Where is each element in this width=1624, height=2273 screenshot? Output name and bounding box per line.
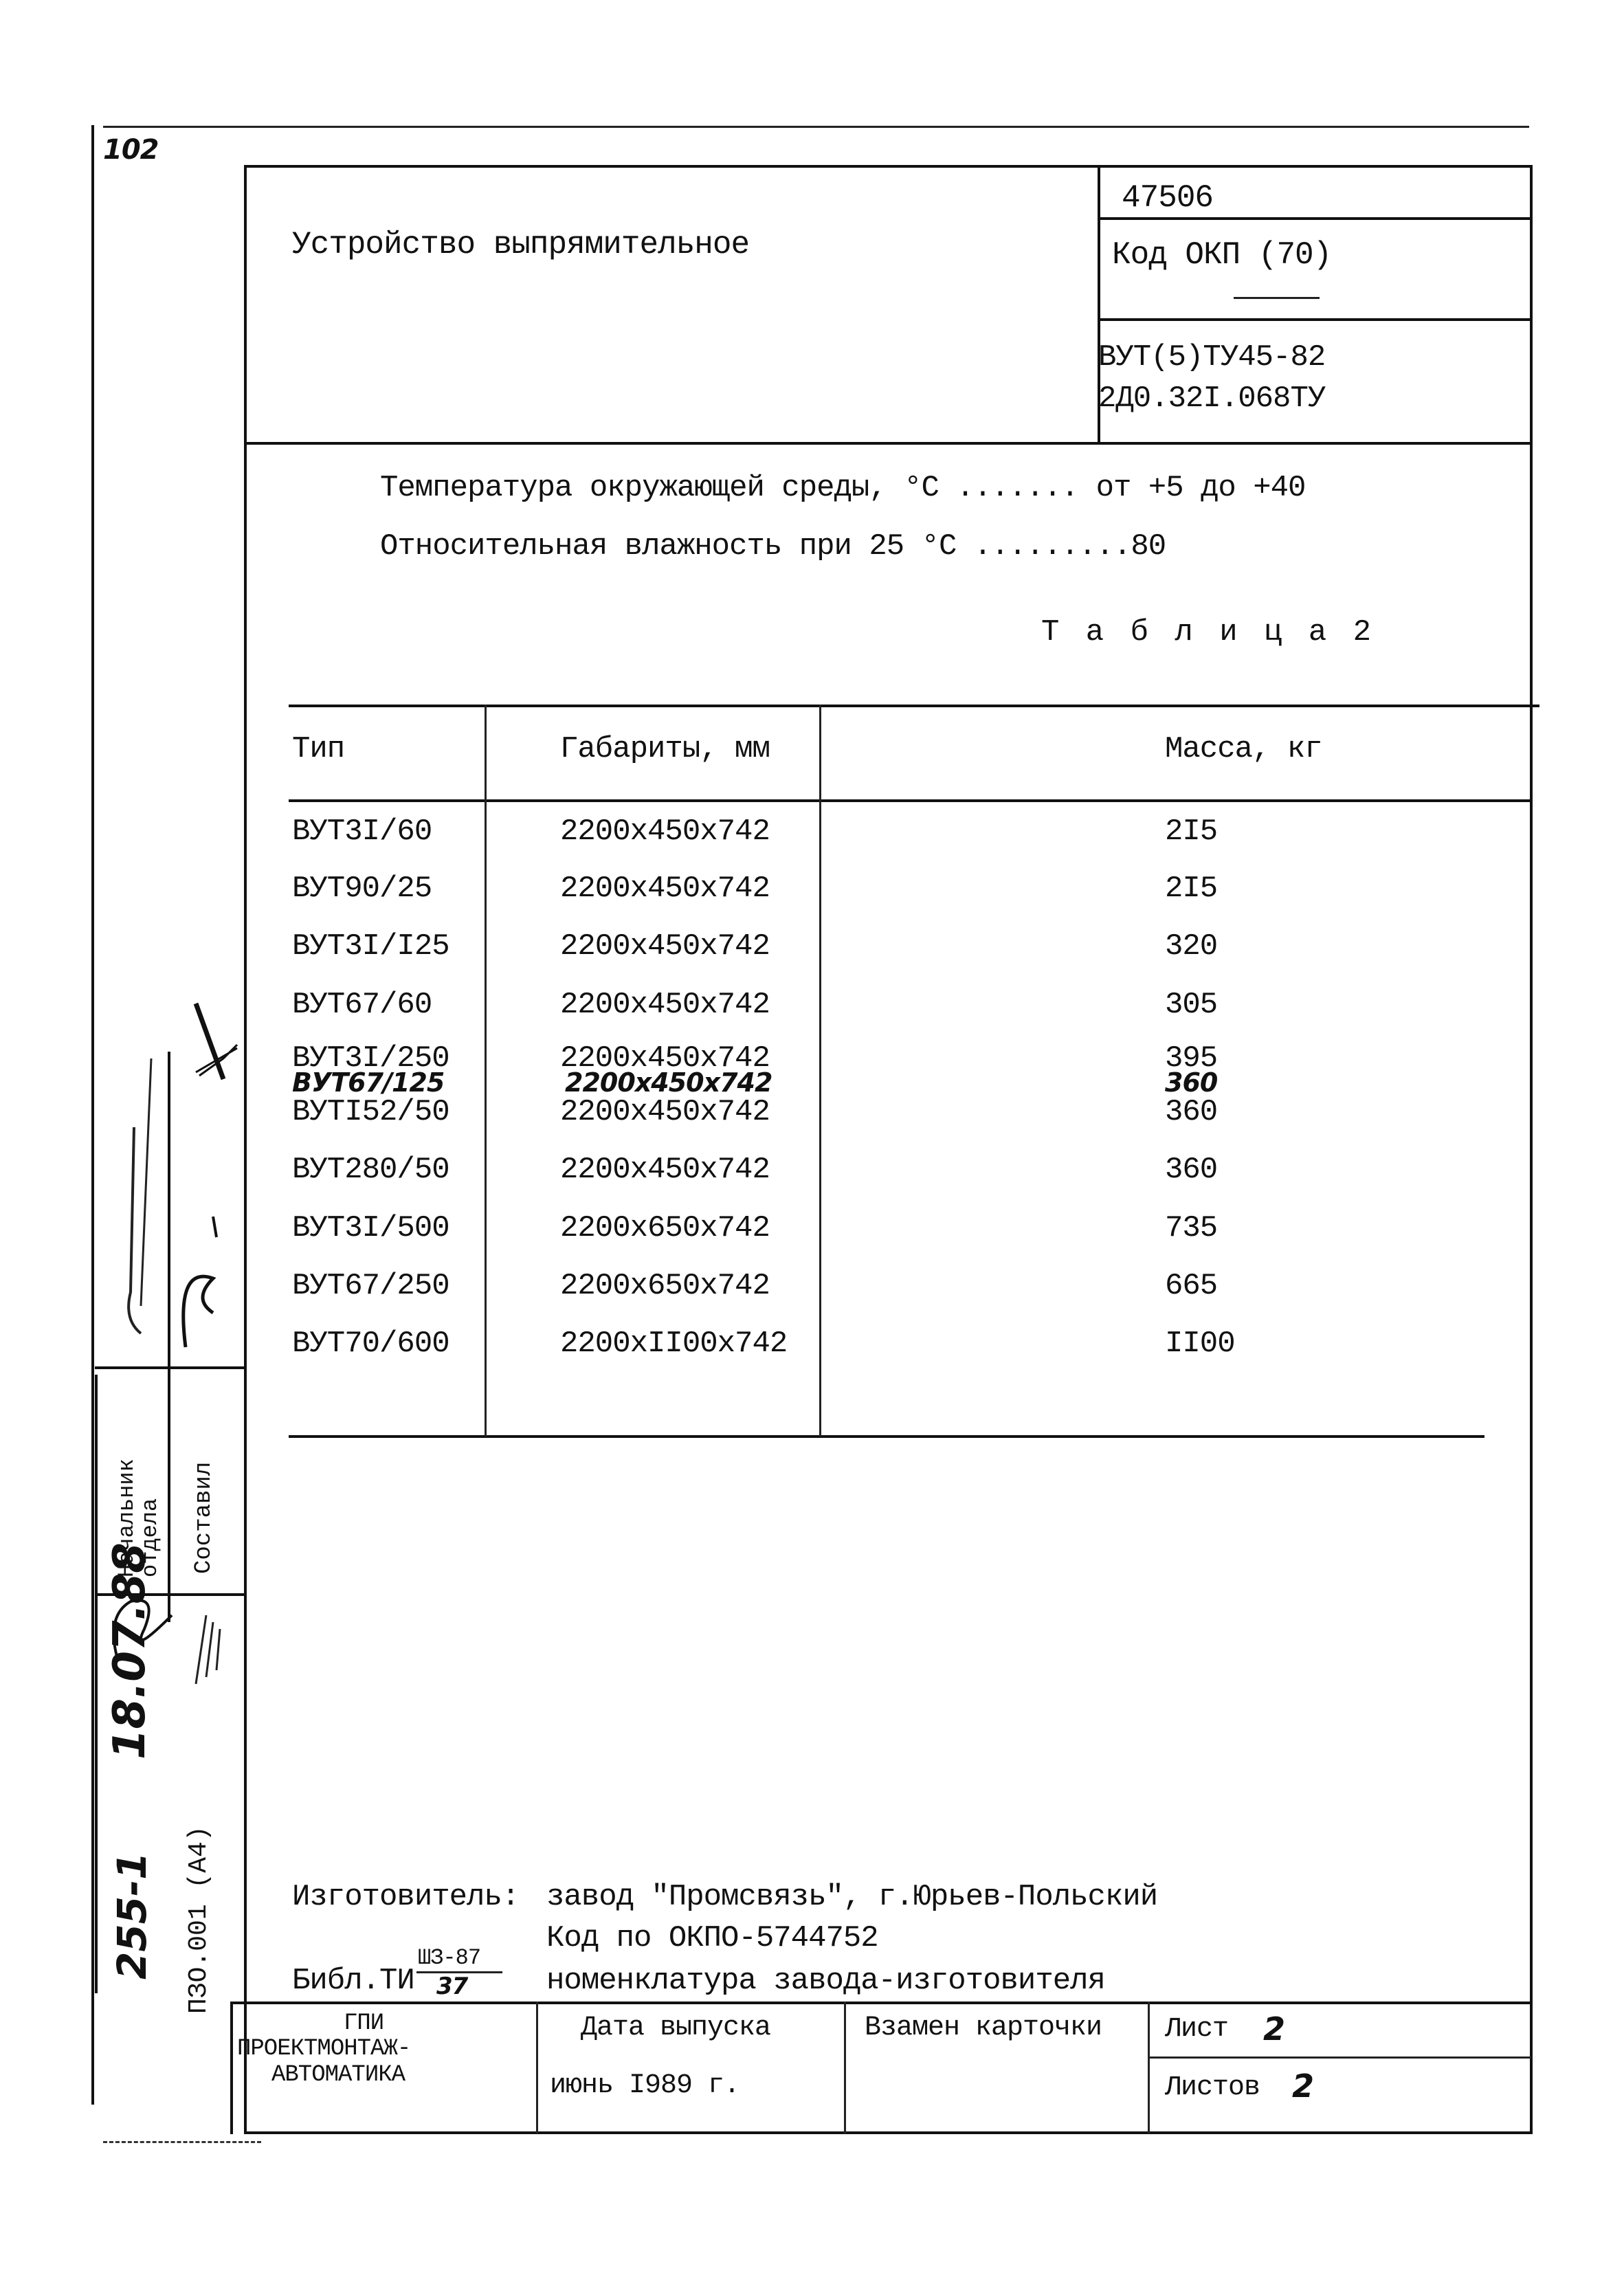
table-col-divider-1 (485, 705, 487, 1437)
frame-top (244, 165, 1533, 168)
org-line-1: ГПИ (344, 2010, 383, 2037)
cell-type: ВУТ70/600 (292, 1327, 449, 1361)
cell-type: ВУТI52/50 (292, 1095, 449, 1129)
cell-type: ВУТ3I/60 (292, 814, 432, 849)
manufacturer-line-2: Код по ОКПО-5744752 (546, 1921, 878, 1955)
col-header-type: Тип (292, 732, 344, 766)
page-mark: 102 (103, 134, 159, 166)
cell-dims: 2200x450x742 (560, 872, 770, 906)
sheet-label: Лист (1165, 2014, 1228, 2045)
cell-mass: 735 (1165, 1211, 1217, 1245)
cell-type: ВУТ90/25 (292, 872, 432, 906)
sheets-total-label: Листов (1165, 2072, 1260, 2103)
sheets-total-value: 2 (1292, 2067, 1313, 2105)
table-header-rule (289, 799, 1531, 802)
spec-line-1: ВУТ(5)ТУ45-82 (1098, 340, 1325, 375)
cell-dims: 2200x650x742 (560, 1211, 770, 1245)
table-bottom-rule (289, 1435, 1484, 1438)
frame-right (1530, 165, 1533, 2134)
side-stamp-left (95, 1375, 98, 1993)
library-numerator: ШЗ-87 (418, 1945, 480, 1971)
cell-mass: 360 (1165, 1153, 1217, 1187)
col-header-mass: Масса, кг (1165, 732, 1322, 766)
okp-label: Код ОКП (70) (1112, 237, 1331, 273)
cell-mass: 2I5 (1165, 814, 1217, 849)
cell-dims: 2200xII00x742 (560, 1327, 787, 1361)
table-col-divider-2 (819, 705, 821, 1437)
library-denominator: 37 (436, 1973, 467, 2000)
product-title: Устройство выпрямительное (292, 227, 749, 263)
org-line-3: АВТОМАТИКА (271, 2062, 405, 2088)
cell-type: ВУТ67/60 (292, 988, 432, 1022)
code-box-rule-2 (1098, 318, 1531, 321)
cell-type: ВУТ67/250 (292, 1269, 449, 1303)
sheet-value: 2 (1263, 2010, 1284, 2048)
cell-mass: 305 (1165, 988, 1217, 1022)
humidity-line: Относительная влажность при 25 °С ......… (380, 529, 1166, 564)
cell-mass: 665 (1165, 1269, 1217, 1303)
cell-dims: 2200x450x742 (560, 1153, 770, 1187)
page-left-edge (91, 125, 94, 2105)
header-bottom-rule (244, 442, 1533, 445)
cell-dims: 2200x450x742 (565, 1067, 772, 1098)
cell-mass: 360 (1165, 1067, 1217, 1098)
manufacturer-line-3: номенклатура завода-изготовителя (546, 1964, 1105, 1998)
date-signature-flourish (103, 1588, 186, 1670)
frame-bottom (244, 2131, 1533, 2134)
cell-dims: 2200x450x742 (560, 929, 770, 964)
cell-mass: II00 (1165, 1327, 1235, 1361)
page-top-edge (103, 126, 1529, 128)
footer-divider-3 (1148, 2002, 1150, 2133)
col-header-dims: Габариты, мм (560, 732, 770, 766)
release-date-label: Дата выпуска (581, 2013, 770, 2043)
cell-type: ВУТ280/50 (292, 1153, 449, 1187)
cell-dims: 2200x450x742 (560, 1095, 770, 1129)
cell-type: ВУТ3I/I25 (292, 929, 449, 964)
temperature-line: Температура окружающей среды, °С .......… (380, 471, 1305, 505)
replaces-card-label: Взамен карточки (865, 2013, 1102, 2043)
footer-sheet-rule (1148, 2056, 1531, 2059)
footer-divider-2 (844, 2002, 846, 2133)
doc-code: ПЗО.001 (А4) (184, 1826, 214, 2014)
archive-number: 255-1 (109, 1852, 155, 1980)
footer-top-rule (230, 2002, 1533, 2004)
footer-divider-1 (536, 2002, 538, 2133)
manufacturer-label: Изготовитель: (292, 1880, 519, 1914)
cell-mass: 2I5 (1165, 872, 1217, 906)
cell-dims: 2200x450x742 (560, 814, 770, 849)
library-label: Библ.ТИ (292, 1964, 414, 1998)
code-number: 47506 (1122, 180, 1213, 216)
table-top-rule (289, 705, 1539, 707)
code-box-rule-1 (1098, 217, 1531, 220)
footer-left-edge (230, 2002, 233, 2134)
cell-dims: 2200x450x742 (560, 988, 770, 1022)
initials-mark (189, 1601, 230, 1698)
org-line-2: ПРОЕКТМОНТАЖ- (237, 2036, 410, 2062)
author-label: Составил (191, 1462, 217, 1574)
cell-type: ВУТ3I/500 (292, 1211, 449, 1245)
table-caption: Т а б л и ц а 2 (1041, 615, 1375, 650)
release-date-value: июнь I989 г. (550, 2070, 739, 2101)
page-bottom-cut (103, 2141, 261, 2143)
manufacturer-line-1: завод "Промсвязь", г.Юрьев-Польский (546, 1880, 1157, 1914)
spec-line-2: 2Д0.32I.068ТУ (1098, 381, 1325, 416)
cell-type: ВУТ67/125 (292, 1067, 444, 1098)
cell-mass: 360 (1165, 1095, 1217, 1129)
okp-blank-line (1234, 297, 1320, 299)
cell-dims: 2200x650x742 (560, 1269, 770, 1303)
cell-mass: 320 (1165, 929, 1217, 964)
signature-mark (110, 976, 247, 1388)
